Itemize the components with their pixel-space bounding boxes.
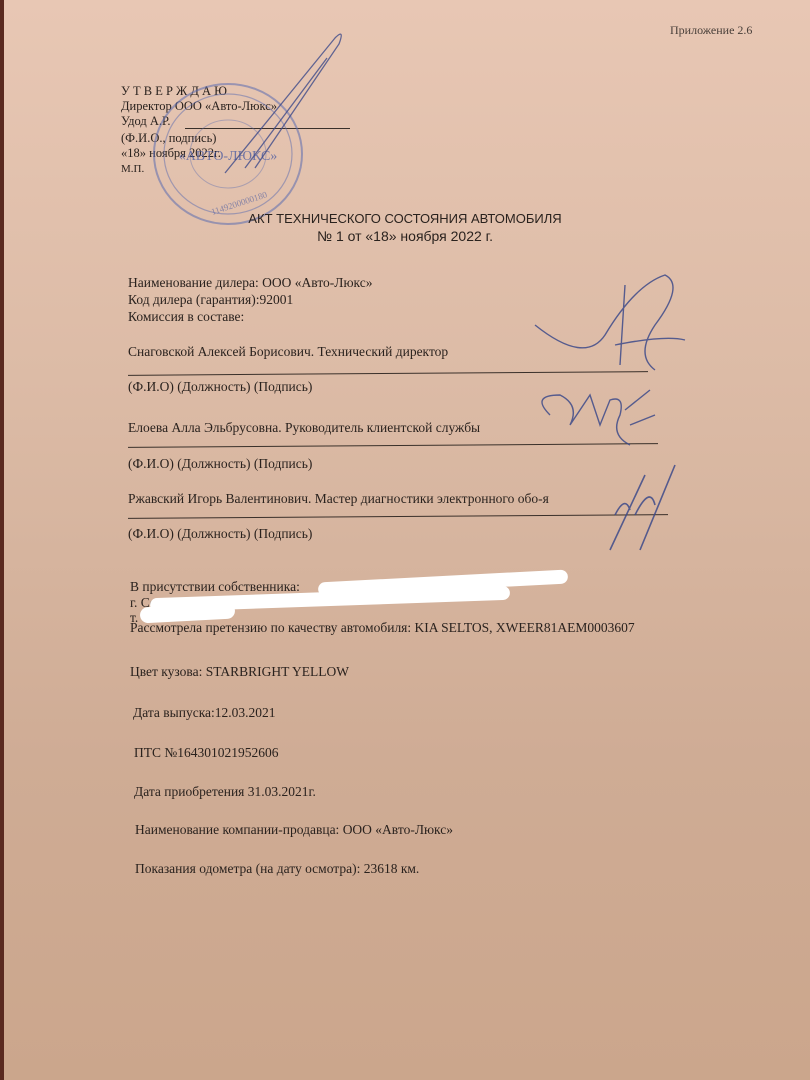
commission-caption-1: (Ф.И.О) (Должность) (Подпись) bbox=[128, 379, 312, 395]
member-3-signature-icon bbox=[600, 455, 680, 555]
commission-member-1: Снаговской Алексей Борисович. Технически… bbox=[128, 344, 448, 360]
claim-vehicle: Рассмотрела претензию по качеству автомо… bbox=[130, 620, 635, 636]
director-signature-icon bbox=[215, 28, 355, 178]
approval-seal: М.П. bbox=[121, 162, 144, 177]
dealer-name: Наименование дилера: ООО «Авто-Люкс» bbox=[128, 275, 373, 291]
photo-edge bbox=[0, 0, 4, 1080]
commission-member-2: Елоева Алла Эльбрусовна. Руководитель кл… bbox=[128, 420, 480, 436]
odometer-reading: Показания одометра (на дату осмотра): 23… bbox=[135, 861, 419, 877]
commission-caption-3: (Ф.И.О) (Должность) (Подпись) bbox=[128, 526, 312, 542]
document-number-date: № 1 от «18» ноября 2022 г. bbox=[0, 228, 810, 244]
body-color: Цвет кузова: STARBRIGHT YELLOW bbox=[130, 664, 349, 680]
commission-caption-2: (Ф.И.О) (Должность) (Подпись) bbox=[128, 456, 312, 472]
member-2-signature-icon bbox=[530, 385, 660, 455]
owner-presence-label: В присутствии собственника: bbox=[130, 579, 300, 595]
document-page: Приложение 2.6 У Т В Е Р Ж Д А Ю Директо… bbox=[0, 0, 810, 1080]
dealer-code: Код дилера (гарантия):92001 bbox=[128, 292, 293, 308]
commission-label: Комиссия в составе: bbox=[128, 309, 244, 325]
signature-line-3 bbox=[128, 514, 668, 519]
seller-name: Наименование компании-продавца: ООО «Авт… bbox=[135, 822, 453, 838]
purchase-date: Дата приобретения 31.03.2021г. bbox=[134, 784, 316, 800]
pts-number: ПТС №164301021952606 bbox=[134, 745, 279, 761]
document-title: АКТ ТЕХНИЧЕСКОГО СОСТОЯНИЯ АВТОМОБИЛЯ bbox=[0, 211, 810, 227]
appendix-label: Приложение 2.6 bbox=[670, 22, 752, 38]
release-date: Дата выпуска:12.03.2021 bbox=[133, 705, 276, 721]
member-1-signature-icon bbox=[525, 265, 695, 375]
commission-member-3: Ржавский Игорь Валентинович. Мастер диаг… bbox=[128, 491, 549, 507]
